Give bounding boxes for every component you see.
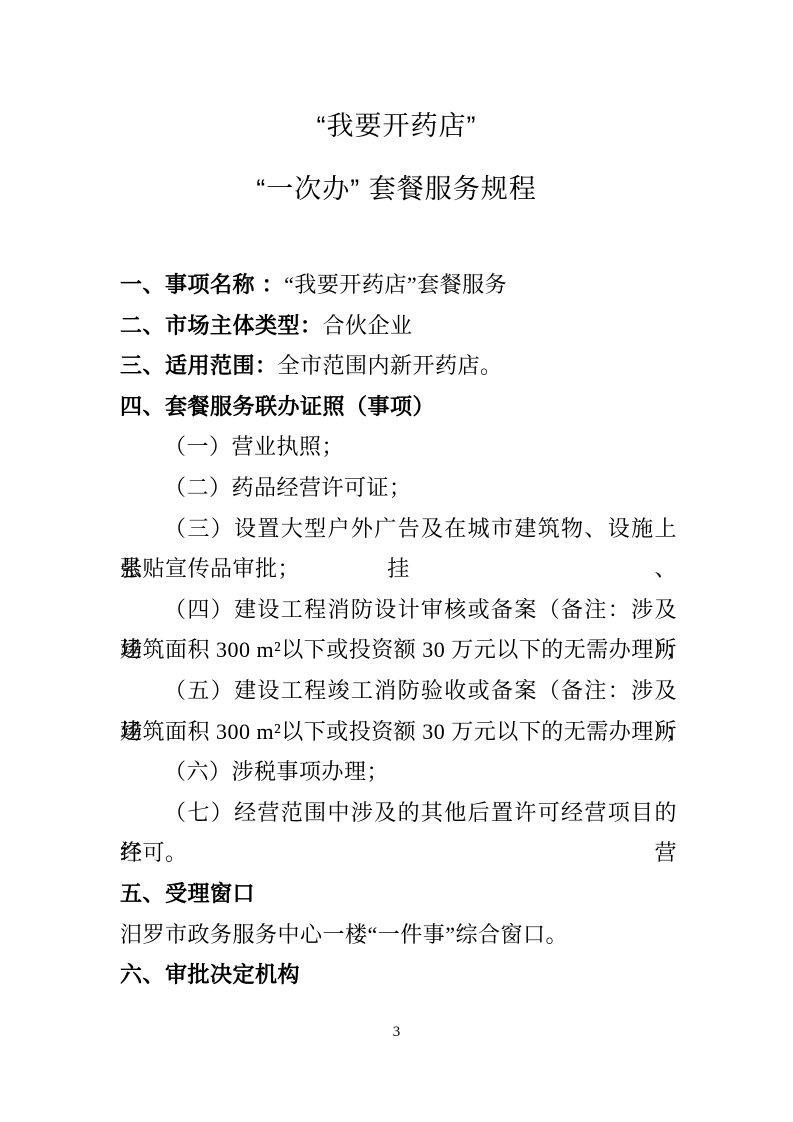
body-text: “我要开药店”套餐服务 [284,272,507,297]
body-text: 合伙企业 [323,313,413,338]
section-heading-label: 三、适用范围： [120,353,278,378]
title-line-2: “一次办” 套餐服务规程 [0,158,793,221]
body-text: 许可。 [120,840,188,865]
body-text: （七）经营范围中涉及的其他后置许可经营项目的经营 [120,800,677,866]
list-item: （一）营业执照； [120,427,677,468]
section-heading-label: 四、套餐服务联办证照（事项） [120,394,435,419]
list-item: （二）药品经营许可证； [120,468,677,509]
section-heading-label: 一、事项名称 ： [120,272,284,297]
page-number: 3 [0,1017,793,1047]
section-heading: 二、市场主体类型：合伙企业 [120,306,677,347]
document-title: “我要开药店” “一次办” 套餐服务规程 [0,95,793,221]
document-body: 一、事项名称 ：“我要开药店”套餐服务二、市场主体类型：合伙企业三、适用范围：全… [120,265,677,996]
section-heading: 四、套餐服务联办证照（事项） [120,387,677,428]
section-heading-label: 六、审批决定机构 [120,962,300,987]
body-text: 建筑面积 300 m²以下或投资额 30 万元以下的无需办理）； [120,719,688,744]
body-text: 张贴宣传品审批； [120,556,300,581]
section-heading-label: 二、市场主体类型： [120,313,323,338]
body-text: 汨罗市政务服务中心一楼“一件事”综合窗口。 [120,922,568,947]
body-text: 建筑面积 300 m²以下或投资额 30 万元以下的无需办理）； [120,637,688,662]
section-heading: 三、适用范围：全市范围内新开药店。 [120,346,677,387]
paragraph-line: 建筑面积 300 m²以下或投资额 30 万元以下的无需办理）； [120,630,677,671]
title-line-1: “我要开药店” [0,95,793,158]
list-item: （七）经营范围中涉及的其他后置许可经营项目的经营 [120,793,677,834]
body-text: （六）涉税事项办理； [164,759,389,784]
list-item: （五）建设工程竣工消防验收或备案（备注：涉及场所 [120,671,677,712]
paragraph-line: 建筑面积 300 m²以下或投资额 30 万元以下的无需办理）； [120,712,677,753]
section-heading: 一、事项名称 ：“我要开药店”套餐服务 [120,265,677,306]
body-text: （二）药品经营许可证； [164,475,412,500]
section-heading-label: 五、受理窗口 [120,881,255,906]
body-text: 全市范围内新开药店。 [278,353,503,378]
section-heading: 六、审批决定机构 [120,955,677,996]
list-item: （六）涉税事项办理； [120,752,677,793]
paragraph-line: 汨罗市政务服务中心一楼“一件事”综合窗口。 [120,915,677,956]
section-heading: 五、受理窗口 [120,874,677,915]
document-page: “我要开药店” “一次办” 套餐服务规程 一、事项名称 ：“我要开药店”套餐服务… [0,0,793,1122]
body-text: （一）营业执照； [164,434,344,459]
list-item: （三）设置大型户外广告及在城市建筑物、设施上悬挂、 [120,509,677,550]
list-item: （四）建设工程消防设计审核或备案（备注：涉及场所 [120,590,677,631]
